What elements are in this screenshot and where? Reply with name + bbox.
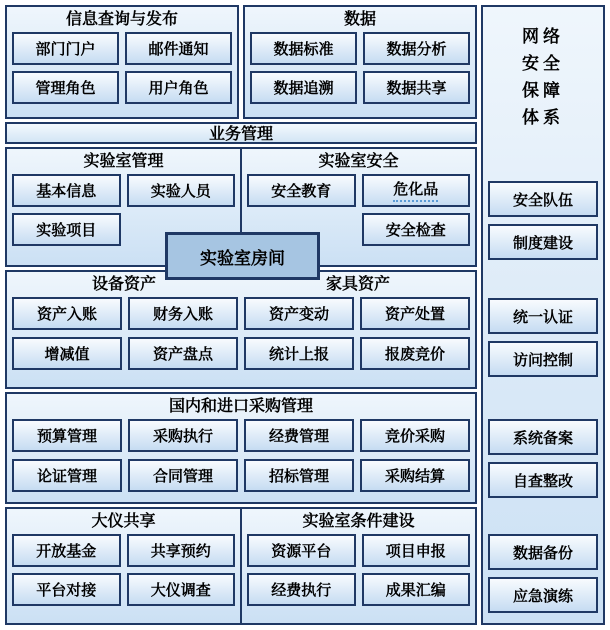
section-assets: 设备资产 家具资产 资产入账 财务入账 资产变动 资产处置 增减值 资产盘点 统… bbox=[5, 270, 477, 390]
module-scrap-bidding: 报废竞价 bbox=[360, 337, 470, 370]
module-resource-platform: 资源平台 bbox=[247, 534, 356, 567]
module-asset-disposal: 资产处置 bbox=[360, 297, 470, 330]
module-data-analysis: 数据分析 bbox=[363, 32, 470, 65]
module-asset-inventory: 资产盘点 bbox=[128, 337, 238, 370]
module-project-application: 项目申报 bbox=[362, 534, 471, 567]
procurement-grid: 预算管理 采购执行 经费管理 竞价采购 论证管理 合同管理 招标管理 采购结算 bbox=[7, 419, 475, 492]
module-lab-personnel: 实验人员 bbox=[127, 174, 236, 207]
network-security-title-line: 网络 bbox=[488, 23, 598, 50]
section-data: 数据 数据标准 数据分析 数据追溯 数据共享 bbox=[243, 5, 477, 119]
module-dept-portal: 部门门户 bbox=[12, 32, 119, 65]
network-security-title: 网络 安全 保障 体系 bbox=[488, 23, 598, 131]
business-management-band: 业务管理 bbox=[5, 122, 477, 144]
lab-room-node: 实验室房间 bbox=[165, 232, 320, 280]
module-tender-mgmt: 招标管理 bbox=[244, 459, 354, 492]
section-title-lab-mgmt: 实验室管理 bbox=[7, 149, 240, 174]
section-title-lab-safety: 实验室安全 bbox=[242, 149, 475, 174]
top-row: 信息查询与发布 部门门户 邮件通知 管理角色 用户角色 数据 数据标准 数据分析… bbox=[5, 5, 477, 119]
hazardous-chemicals-label: 危化品 bbox=[393, 178, 438, 202]
module-value-adjust: 增减值 bbox=[12, 337, 122, 370]
module-lab-project: 实验项目 bbox=[12, 213, 121, 246]
diagram-layout: 信息查询与发布 部门门户 邮件通知 管理角色 用户角色 数据 数据标准 数据分析… bbox=[5, 5, 605, 625]
section-procurement: 国内和进口采购管理 预算管理 采购执行 经费管理 竞价采购 论证管理 合同管理 … bbox=[5, 392, 477, 504]
module-procurement-exec: 采购执行 bbox=[128, 419, 238, 452]
module-mail-notice: 邮件通知 bbox=[125, 32, 232, 65]
module-data-trace: 数据追溯 bbox=[250, 71, 357, 104]
data-grid: 数据标准 数据分析 数据追溯 数据共享 bbox=[245, 32, 475, 104]
module-safety-education: 安全教育 bbox=[247, 174, 356, 207]
module-review-mgmt: 论证管理 bbox=[12, 459, 122, 492]
module-security-team: 安全队伍 bbox=[488, 181, 598, 217]
module-contract-mgmt: 合同管理 bbox=[128, 459, 238, 492]
assets-grid: 资产入账 财务入账 资产变动 资产处置 增减值 资产盘点 统计上报 报废竞价 bbox=[7, 297, 475, 370]
module-data-standard: 数据标准 bbox=[250, 32, 357, 65]
module-system-building: 制度建设 bbox=[488, 224, 598, 260]
module-bidding-purchase: 竞价采购 bbox=[360, 419, 470, 452]
module-data-share: 数据共享 bbox=[363, 71, 470, 104]
module-achievement-compilation: 成果汇编 bbox=[362, 573, 471, 606]
network-security-inner: 网络 安全 保障 体系 安全队伍 制度建设 统一认证 访问控制 系统备案 自查整… bbox=[483, 7, 603, 623]
module-budget-mgmt: 预算管理 bbox=[12, 419, 122, 452]
section-title-info-publish: 信息查询与发布 bbox=[7, 7, 237, 32]
instrument-sharing-grid: 开放基金 共享预约 平台对接 大仪调查 bbox=[7, 534, 240, 606]
section-title-procurement: 国内和进口采购管理 bbox=[7, 394, 475, 419]
module-asset-entry: 资产入账 bbox=[12, 297, 122, 330]
module-finance-entry: 财务入账 bbox=[128, 297, 238, 330]
architecture-diagram: 信息查询与发布 部门门户 邮件通知 管理角色 用户角色 数据 数据标准 数据分析… bbox=[0, 0, 610, 630]
module-system-filing: 系统备案 bbox=[488, 419, 598, 455]
module-fund-mgmt: 经费管理 bbox=[244, 419, 354, 452]
main-column: 信息查询与发布 部门门户 邮件通知 管理角色 用户角色 数据 数据标准 数据分析… bbox=[5, 5, 477, 625]
module-open-fund: 开放基金 bbox=[12, 534, 121, 567]
instrument-sharing-half: 大仪共享 开放基金 共享预约 平台对接 大仪调查 bbox=[7, 509, 240, 623]
section-title-lab-condition: 实验室条件建设 bbox=[242, 509, 475, 534]
network-security-title-line: 体系 bbox=[488, 104, 598, 131]
module-safety-inspection: 安全检查 bbox=[362, 213, 471, 246]
network-security-title-line: 安全 bbox=[488, 50, 598, 77]
module-share-booking: 共享预约 bbox=[127, 534, 236, 567]
module-purchase-settlement: 采购结算 bbox=[360, 459, 470, 492]
section-title-data: 数据 bbox=[245, 7, 475, 32]
module-self-inspection: 自查整改 bbox=[488, 462, 598, 498]
section-info-publish: 信息查询与发布 部门门户 邮件通知 管理角色 用户角色 bbox=[5, 5, 239, 119]
lab-condition-grid: 资源平台 项目申报 经费执行 成果汇编 bbox=[242, 534, 475, 606]
module-admin-role: 管理角色 bbox=[12, 71, 119, 104]
section-title-instrument-sharing: 大仪共享 bbox=[7, 509, 240, 534]
module-basic-info: 基本信息 bbox=[12, 174, 121, 207]
module-instrument-survey: 大仪调查 bbox=[127, 573, 236, 606]
lab-condition-half: 实验室条件建设 资源平台 项目申报 经费执行 成果汇编 bbox=[242, 509, 475, 623]
module-asset-change: 资产变动 bbox=[244, 297, 354, 330]
module-stat-report: 统计上报 bbox=[244, 337, 354, 370]
section-network-security: 网络 安全 保障 体系 安全队伍 制度建设 统一认证 访问控制 系统备案 自查整… bbox=[481, 5, 605, 625]
module-platform-connect: 平台对接 bbox=[12, 573, 121, 606]
network-security-title-line: 保障 bbox=[488, 77, 598, 104]
info-publish-grid: 部门门户 邮件通知 管理角色 用户角色 bbox=[7, 32, 237, 104]
module-emergency-drill: 应急演练 bbox=[488, 577, 598, 613]
module-hazardous-chemicals: 危化品 bbox=[362, 174, 471, 207]
section-sharing-condition: 大仪共享 开放基金 共享预约 平台对接 大仪调查 实验室条件建设 资源平台 项目… bbox=[5, 507, 477, 625]
module-unified-auth: 统一认证 bbox=[488, 298, 598, 334]
module-fund-execution: 经费执行 bbox=[247, 573, 356, 606]
module-user-role: 用户角色 bbox=[125, 71, 232, 104]
module-access-control: 访问控制 bbox=[488, 341, 598, 377]
module-data-backup: 数据备份 bbox=[488, 534, 598, 570]
